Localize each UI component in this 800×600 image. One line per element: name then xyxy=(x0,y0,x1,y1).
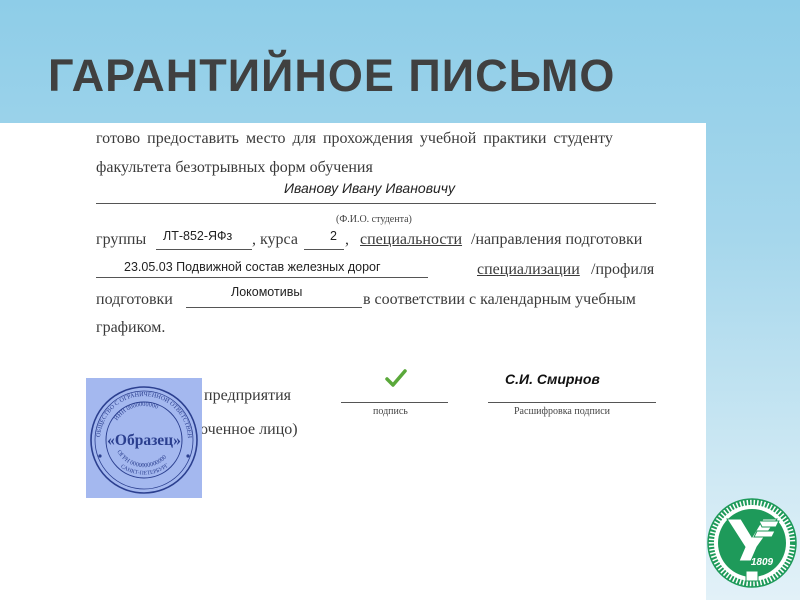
profile-value: Локомотивы xyxy=(231,285,302,299)
university-emblem-icon: 1809 xyxy=(707,497,797,589)
specialty-value: 23.05.03 Подвижной состав железных дорог xyxy=(124,260,381,274)
checkmark-icon xyxy=(385,368,407,388)
course-value: 2 xyxy=(330,229,337,243)
course-line xyxy=(304,249,344,250)
stamp-seal-icon: ОБЩЕСТВО С ОГРАНИЧЕННОЙ ОТВЕТСТВЕННОСТЬЮ… xyxy=(86,378,202,498)
svg-text:1809: 1809 xyxy=(751,557,774,568)
student-name-value: Иванову Ивану Ивановичу xyxy=(284,180,455,196)
company-stamp: ОБЩЕСТВО С ОГРАНИЧЕННОЙ ОТВЕТСТВЕННОСТЬЮ… xyxy=(86,378,202,498)
letter-line-1: готово предоставить место для прохождени… xyxy=(96,130,613,148)
signer-name: С.И. Смирнов xyxy=(505,371,600,387)
group-value: ЛТ-852-ЯФз xyxy=(163,229,232,243)
letter-last-line: графиком. xyxy=(96,319,165,337)
svg-text:«Образец»: «Образец» xyxy=(107,432,181,449)
letter-line-2: факультета безотрывных форм обучения xyxy=(96,159,373,177)
specialization-label: специализации xyxy=(477,261,580,279)
student-name-line xyxy=(96,203,656,204)
student-name-caption: (Ф.И.О. студента) xyxy=(336,214,412,225)
group-line xyxy=(156,249,252,250)
prep-label: подготовки xyxy=(96,291,173,309)
letter-document: готово предоставить место для прохождени… xyxy=(0,123,706,600)
specialization-rest: /профиля xyxy=(591,261,654,279)
course-label: , курса xyxy=(252,231,298,249)
signature-caption: подпись xyxy=(373,406,408,417)
specialty-line xyxy=(96,277,428,278)
profile-line xyxy=(186,307,362,308)
comma: , xyxy=(345,231,349,249)
specialty-rest: /направления подготовки xyxy=(471,231,642,249)
decoding-caption: Расшифровка подписи xyxy=(514,406,610,417)
org-label-2: оченное лицо) xyxy=(200,421,298,439)
prep-rest: в соответствии с календарным учебным xyxy=(363,291,636,309)
group-label: группы xyxy=(96,231,146,249)
org-label-1: предприятия xyxy=(204,387,291,405)
university-logo: 1809 xyxy=(707,497,797,589)
signature-line xyxy=(341,402,448,403)
decoding-line xyxy=(488,402,656,403)
slide-title: ГАРАНТИЙНОЕ ПИСЬМО xyxy=(48,50,615,102)
specialty-label: специальности xyxy=(360,231,462,249)
